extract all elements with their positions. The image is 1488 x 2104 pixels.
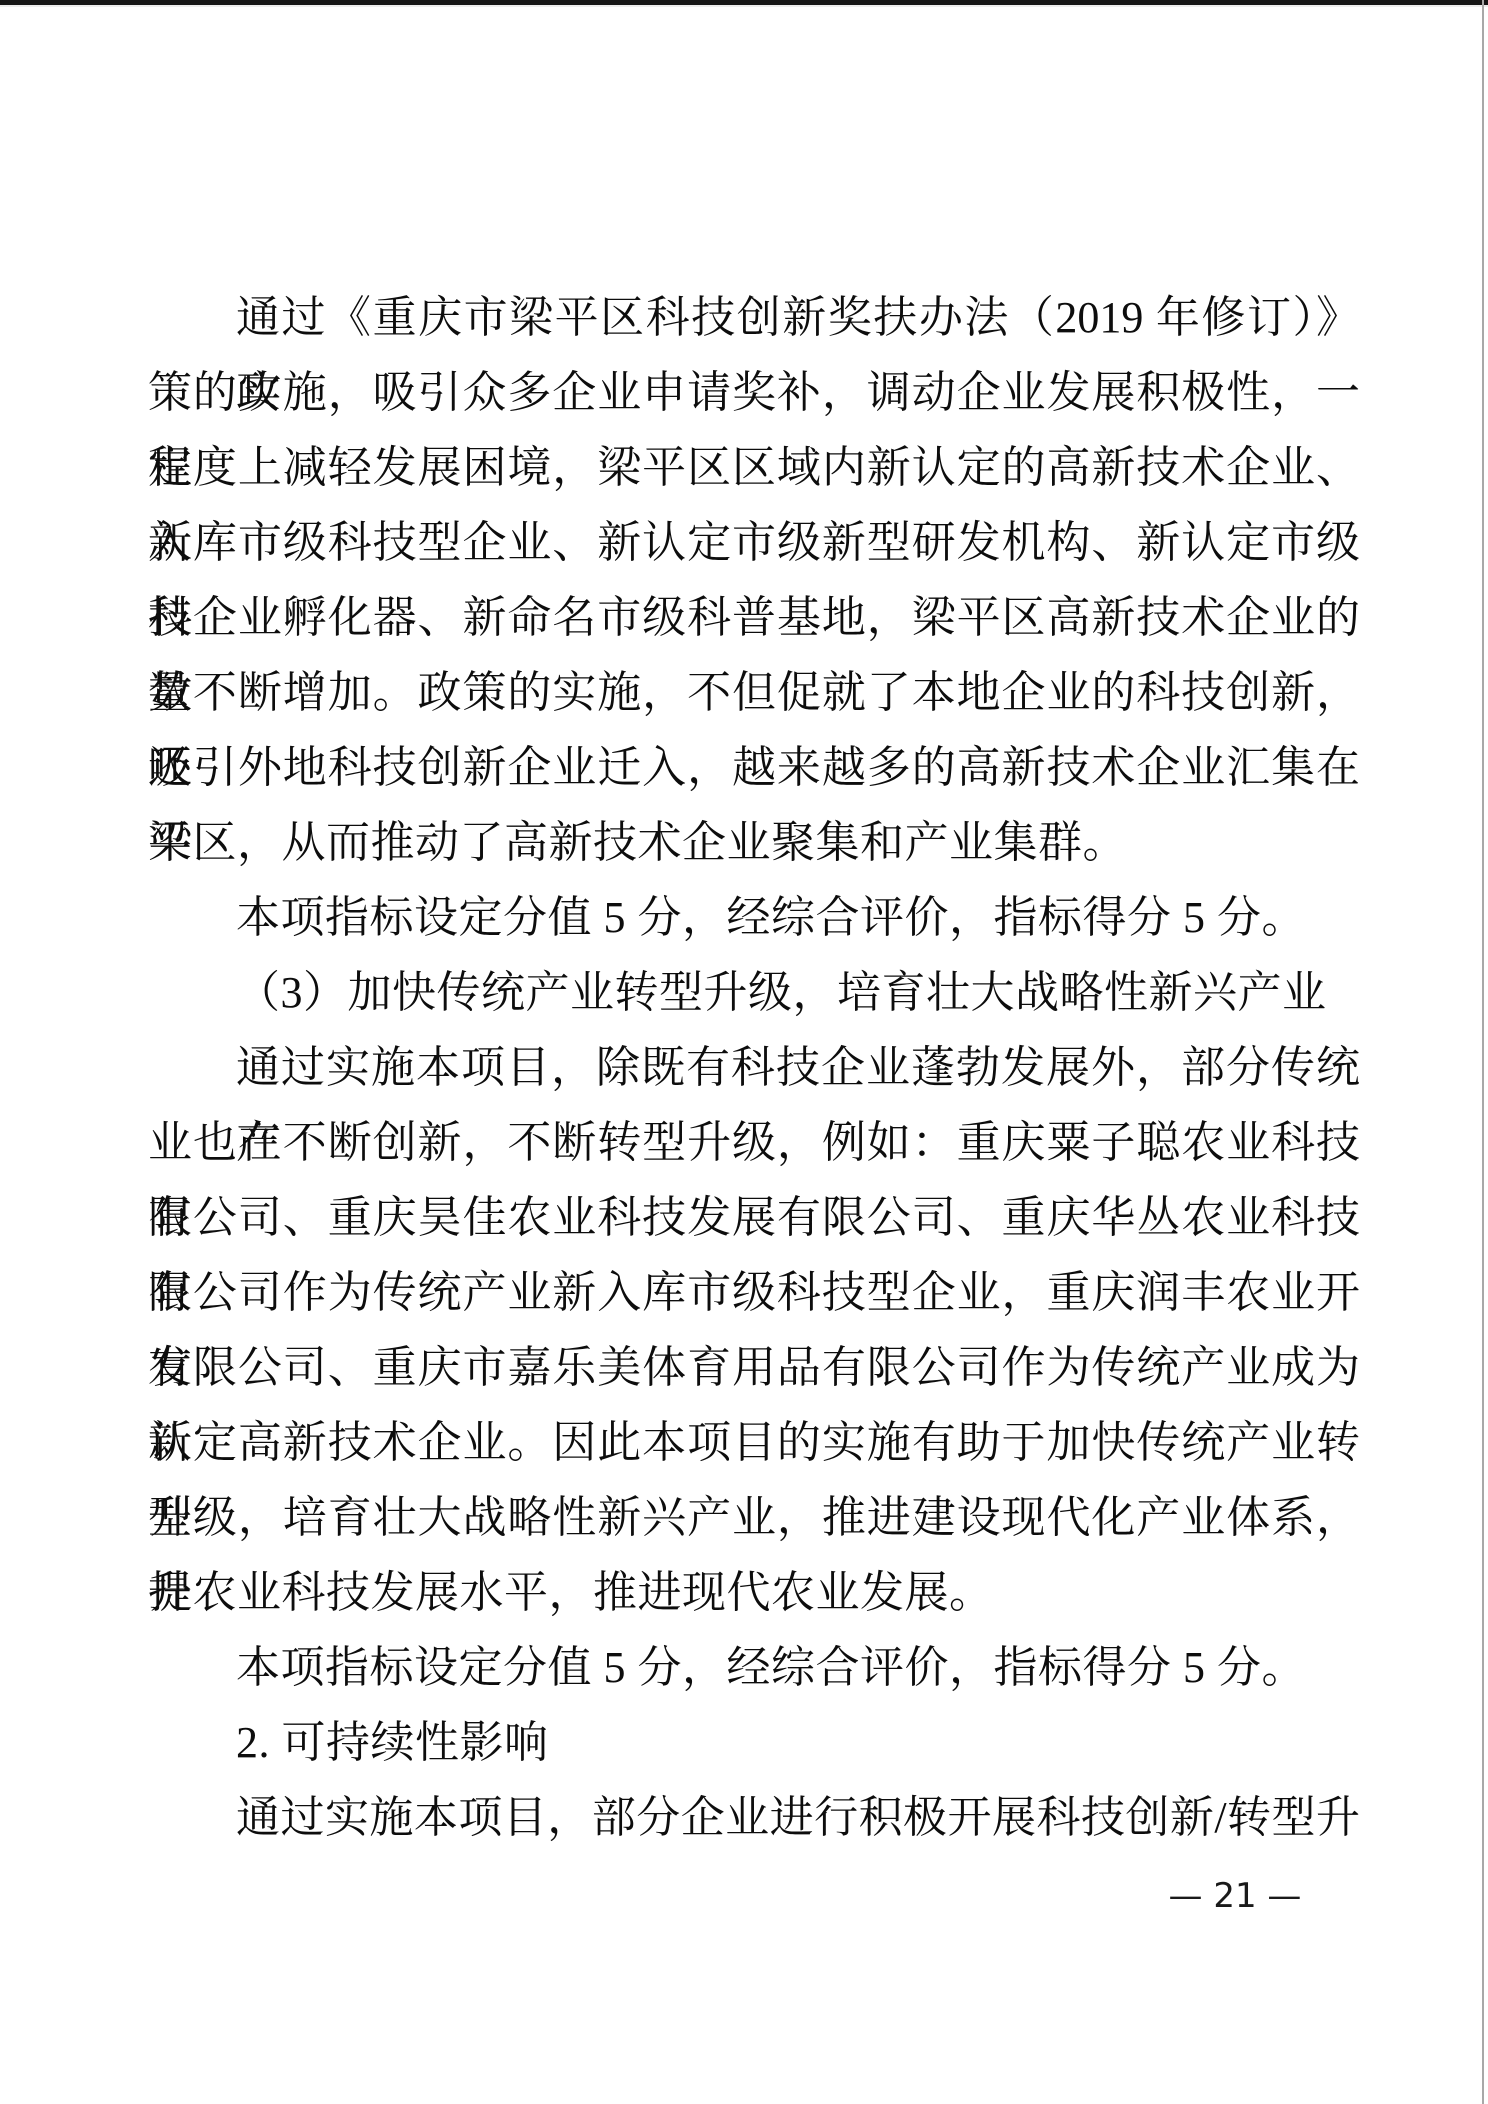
text-line: 升级，培育壮大战略性新兴产业，推进建设现代化产业体系，提 bbox=[148, 1480, 1360, 1555]
page-top-border-shadow bbox=[0, 5, 1488, 7]
text-line: 平区，从而推动了高新技术企业聚集和产业集群。 bbox=[148, 805, 1360, 880]
document-text-block: 通过《重庆市梁平区科技创新奖扶办法（2019 年修订）》政 策的实施，吸引众多企… bbox=[148, 280, 1360, 1855]
text-line: 本项指标设定分值 5 分，经综合评价，指标得分 5 分。 bbox=[148, 880, 1360, 955]
page-number: — 21 — bbox=[1130, 1876, 1340, 1916]
page-right-border bbox=[1482, 0, 1484, 2104]
document-page: 通过《重庆市梁平区科技创新奖扶办法（2019 年修订）》政 策的实施，吸引众多企… bbox=[0, 0, 1488, 2104]
text-line: 通过实施本项目，除既有科技企业蓬勃发展外，部分传统产 bbox=[148, 1030, 1360, 1105]
text-line: 通过实施本项目，部分企业进行积极开展科技创新/转型升 bbox=[148, 1780, 1360, 1855]
text-line: （3）加快传统产业转型升级，培育壮大战略性新兴产业 bbox=[148, 955, 1360, 1030]
text-line: 认定高新技术企业。因此本项目的实施有助于加快传统产业转型 bbox=[148, 1405, 1360, 1480]
text-line: 技企业孵化器、新命名市级科普基地，梁平区高新技术企业的数 bbox=[148, 580, 1360, 655]
text-line: 本项指标设定分值 5 分，经综合评价，指标得分 5 分。 bbox=[148, 1630, 1360, 1705]
text-line: 程度上减轻发展困境，梁平区区域内新认定的高新技术企业、新 bbox=[148, 430, 1360, 505]
text-line: 量不断增加。政策的实施，不但促就了本地企业的科技创新，还 bbox=[148, 655, 1360, 730]
text-line: 策的实施，吸引众多企业申请奖补，调动企业发展积极性，一定 bbox=[148, 355, 1360, 430]
text-line: 通过《重庆市梁平区科技创新奖扶办法（2019 年修订）》政 bbox=[148, 280, 1360, 355]
text-line: 2. 可持续性影响 bbox=[148, 1705, 1360, 1780]
text-line: 吸引外地科技创新企业迁入，越来越多的高新技术企业汇集在梁 bbox=[148, 730, 1360, 805]
text-line: 升农业科技发展水平，推进现代农业发展。 bbox=[148, 1555, 1360, 1630]
text-line: 有限公司、重庆市嘉乐美体育用品有限公司作为传统产业成为新 bbox=[148, 1330, 1360, 1405]
text-line: 业也在不断创新，不断转型升级，例如：重庆粟子聪农业科技有 bbox=[148, 1105, 1360, 1180]
text-line: 限公司、重庆昊佳农业科技发展有限公司、重庆华丛农业科技有 bbox=[148, 1180, 1360, 1255]
text-line: 入库市级科技型企业、新认定市级新型研发机构、新认定市级科 bbox=[148, 505, 1360, 580]
text-line: 限公司作为传统产业新入库市级科技型企业，重庆润丰农业开发 bbox=[148, 1255, 1360, 1330]
